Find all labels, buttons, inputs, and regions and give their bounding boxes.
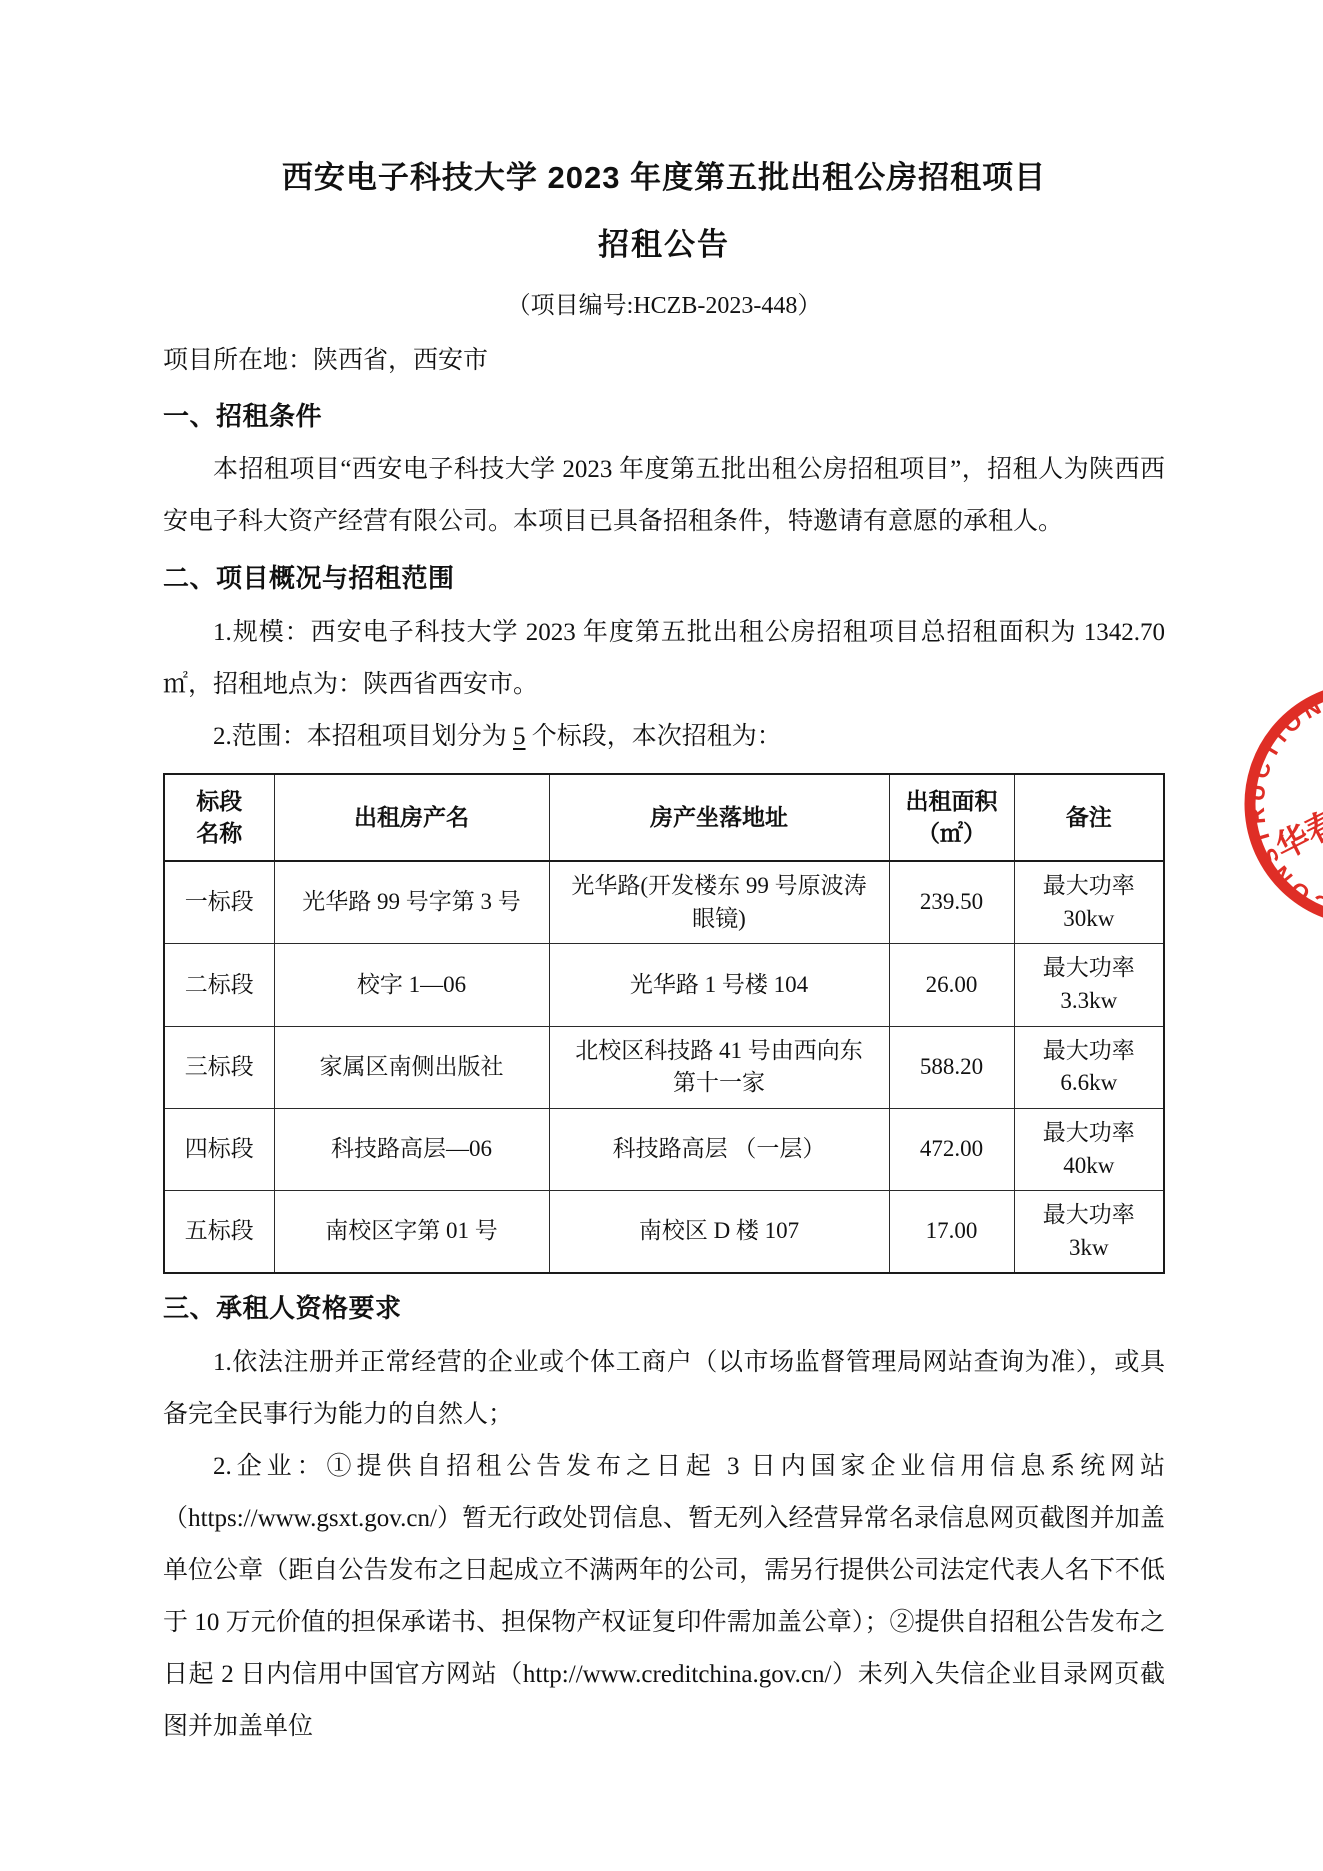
- property-name-cell: 科技路高层—06: [274, 1108, 549, 1190]
- company-seal: HUACHUN CONSTRUCTION ENGINEERING 华春建设工程 …: [1230, 668, 1323, 940]
- remark-cell: 最大功率 3.3kw: [1014, 944, 1164, 1026]
- scope-text-prefix: 2.范围：本招租项目划分为: [213, 723, 513, 750]
- section1-heading: 一、招租条件: [163, 396, 1165, 436]
- col-header-remark: 备注: [1014, 774, 1164, 861]
- document-page: 西安电子科技大学 2023 年度第五批出租公房招租项目 招租公告 （项目编号:H…: [0, 0, 1323, 1871]
- company-seal-graphic: HUACHUN CONSTRUCTION ENGINEERING 华春建设工程 …: [1230, 668, 1323, 940]
- section3-paragraph-2: 2.企业：①提供自招租公告发布之日起 3 日内国家企业信用信息系统网站（http…: [163, 1441, 1165, 1753]
- lot-name-cell: 三标段: [164, 1026, 274, 1108]
- property-address-cell: 北校区科技路 41 号由西向东 第十一家: [549, 1026, 889, 1108]
- scope-text-suffix: 个标段，本次招租为：: [526, 723, 782, 750]
- property-name-cell: 校字 1—06: [274, 944, 549, 1026]
- rental-area-cell: 239.50: [889, 861, 1014, 944]
- scope-paragraph: 2.范围：本招租项目划分为 5 个标段，本次招租为：: [163, 711, 1165, 763]
- section2-heading: 二、项目概况与招租范围: [163, 558, 1165, 598]
- lot-name-cell: 四标段: [164, 1108, 274, 1190]
- table-header-row: 标段 名称 出租房产名 房产坐落地址 出租面积 （㎡） 备注: [164, 774, 1164, 861]
- col-header-property-name: 出租房产名: [274, 774, 549, 861]
- lots-table: 标段 名称 出租房产名 房产坐落地址 出租面积 （㎡） 备注 一标段 光华路 9…: [163, 773, 1165, 1275]
- property-name-cell: 家属区南侧出版社: [274, 1026, 549, 1108]
- remark-cell: 最大功率 3kw: [1014, 1191, 1164, 1274]
- remark-cell: 最大功率 40kw: [1014, 1108, 1164, 1190]
- seal-ring-text: HUACHUN CONSTRUCTION ENGINEERING: [1230, 668, 1323, 940]
- remark-cell: 最大功率 6.6kw: [1014, 1026, 1164, 1108]
- col-header-rental-area: 出租面积 （㎡）: [889, 774, 1014, 861]
- table-row: 五标段 南校区字第 01 号 南校区 D 楼 107 17.00 最大功率 3k…: [164, 1191, 1164, 1274]
- col-header-property-address: 房产坐落地址: [549, 774, 889, 861]
- doc-title-line1: 西安电子科技大学 2023 年度第五批出租公房招租项目: [163, 158, 1165, 199]
- section1-paragraph: 本招租项目“西安电子科技大学 2023 年度第五批出租公房招租项目”，招租人为陕…: [163, 444, 1165, 548]
- rental-area-cell: 472.00: [889, 1108, 1014, 1190]
- rental-area-cell: 588.20: [889, 1026, 1014, 1108]
- table-row: 三标段 家属区南侧出版社 北校区科技路 41 号由西向东 第十一家 588.20…: [164, 1026, 1164, 1108]
- property-name-cell: 光华路 99 号字第 3 号: [274, 861, 549, 944]
- project-number: （项目编号:HCZB-2023-448）: [163, 289, 1165, 324]
- table-row: 一标段 光华路 99 号字第 3 号 光华路(开发楼东 99 号原波涛 眼镜) …: [164, 861, 1164, 944]
- property-address-cell: 科技路高层 （一层）: [549, 1108, 889, 1190]
- section3-paragraph-1: 1.依法注册并正常经营的企业或个体工商户（以市场监督管理局网站查询为准），或具备…: [163, 1337, 1165, 1441]
- seal-center-text: 华春建设工程: [1270, 743, 1323, 866]
- project-location: 项目所在地：陕西省，西安市: [163, 336, 1165, 386]
- property-address-cell: 光华路(开发楼东 99 号原波涛 眼镜): [549, 861, 889, 944]
- scope-lot-count: 5: [513, 723, 526, 750]
- property-address-cell: 南校区 D 楼 107: [549, 1191, 889, 1274]
- col-header-lot-name: 标段 名称: [164, 774, 274, 861]
- remark-cell: 最大功率 30kw: [1014, 861, 1164, 944]
- property-address-cell: 光华路 1 号楼 104: [549, 944, 889, 1026]
- table-row: 四标段 科技路高层—06 科技路高层 （一层） 472.00 最大功率 40kw: [164, 1108, 1164, 1190]
- lot-name-cell: 二标段: [164, 944, 274, 1026]
- table-row: 二标段 校字 1—06 光华路 1 号楼 104 26.00 最大功率 3.3k…: [164, 944, 1164, 1026]
- scale-paragraph: 1.规模：西安电子科技大学 2023 年度第五批出租公房招租项目总招租面积为 1…: [163, 607, 1165, 711]
- lot-name-cell: 五标段: [164, 1191, 274, 1274]
- rental-area-cell: 26.00: [889, 944, 1014, 1026]
- rental-area-cell: 17.00: [889, 1191, 1014, 1274]
- lot-name-cell: 一标段: [164, 861, 274, 944]
- doc-title-line2: 招租公告: [163, 225, 1165, 265]
- seal-outer-ring: [1230, 668, 1323, 940]
- property-name-cell: 南校区字第 01 号: [274, 1191, 549, 1274]
- section3-heading: 三、承租人资格要求: [163, 1288, 1165, 1328]
